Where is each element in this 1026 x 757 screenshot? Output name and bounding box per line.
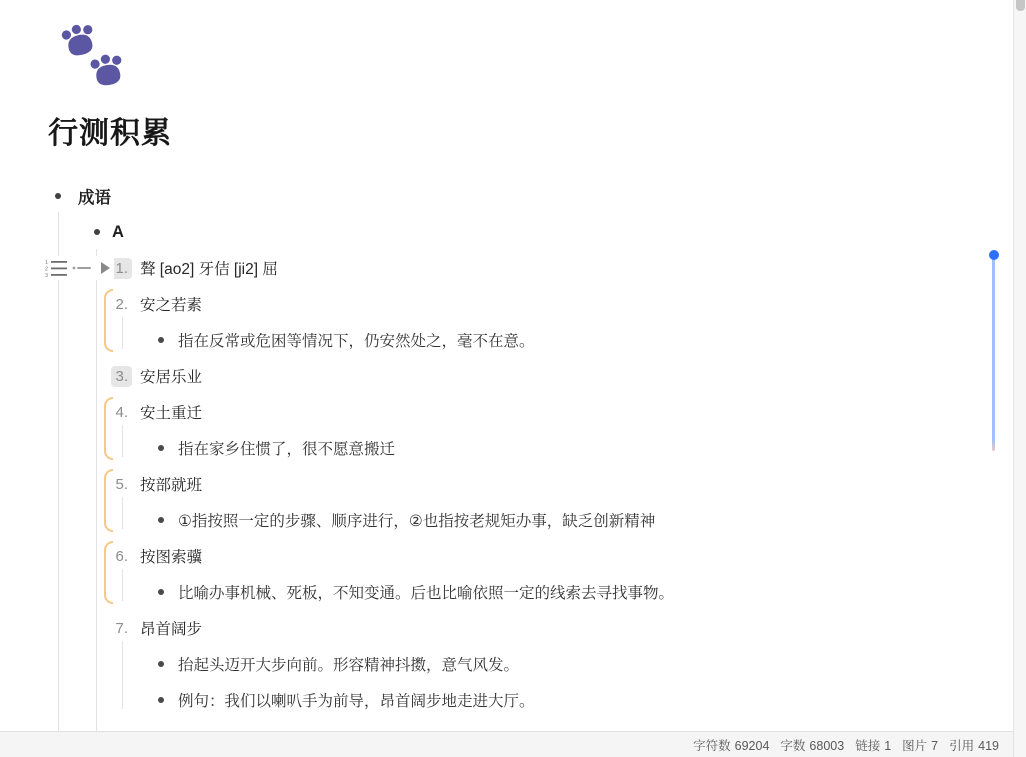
scrollbar-thumb[interactable] [1016, 0, 1025, 11]
item-number: 5. [84, 474, 132, 495]
bullet-icon [55, 193, 61, 199]
collapse-arrow-icon[interactable] [96, 256, 114, 280]
numbered-item-row: 7.昂首阔步 [0, 610, 1013, 646]
stat-value: 68003 [809, 739, 844, 753]
stat-value: 419 [978, 739, 999, 753]
numbered-item-row: 6.按图索骥 [0, 538, 1013, 574]
numbered-item-row: 5.按部就班 [0, 466, 1013, 502]
collab-cursor-line [992, 258, 995, 451]
outline-label[interactable]: A [0, 223, 124, 242]
stat-引用: 引用419 [949, 739, 999, 753]
child-text[interactable]: 例句：我们以喇叭手为前导，昂首阔步地走进大厅。 [0, 689, 535, 711]
outline: 成语 A 1.聱 [ao2] 牙佶 [ji2] 屈2.安之若素指在反常或危困等情… [0, 178, 1013, 718]
item-number: 4. [84, 402, 132, 423]
doc-icon[interactable] [48, 10, 128, 92]
list-item: 1.聱 [ao2] 牙佶 [ji2] 屈 [0, 250, 1013, 286]
list-item: 4.安土重迁指在家乡住惯了，很不愿意搬迁 [0, 394, 1013, 466]
child-bullet-row: ①指按照一定的步骤、顺序进行，②也指按老规矩办事，缺乏创新精神 [0, 502, 1013, 538]
list-item: 2.安之若素指在反常或危困等情况下，仍安然处之，毫不在意。 [0, 286, 1013, 358]
numbered-item-row: 4.安土重迁 [0, 394, 1013, 430]
child-bullet-row: 指在反常或危困等情况下，仍安然处之，毫不在意。 [0, 322, 1013, 358]
collab-cursor-dot [989, 250, 999, 260]
stat-label: 字符数 [693, 739, 731, 753]
child-text[interactable]: 指在家乡住惯了，很不愿意搬迁 [0, 437, 395, 459]
status-bar: 字符数69204字数68003链接1图片7引用419 [0, 731, 1013, 757]
ordered-list-icon[interactable]: 1 2 3 [42, 256, 70, 280]
drag-dash-icon[interactable] [70, 256, 94, 280]
numbered-list: 1.聱 [ao2] 牙佶 [ji2] 屈2.安之若素指在反常或危困等情况下，仍安… [0, 250, 1013, 718]
item-number-text: 4. [111, 402, 132, 423]
child-text[interactable]: 比喻办事机械、死板，不知变通。后也比喻依照一定的线索去寻找事物。 [0, 581, 674, 603]
item-number: 7. [84, 618, 132, 639]
bullet-icon [158, 697, 164, 703]
item-number-text: 5. [111, 474, 132, 495]
list-item: 5.按部就班①指按照一定的步骤、顺序进行，②也指按老规矩办事，缺乏创新精神 [0, 466, 1013, 538]
svg-text:3: 3 [45, 273, 48, 278]
block-hover-controls: 1 2 3 [42, 256, 114, 280]
outline-row-level1: 成语 [0, 178, 1013, 214]
item-number-text: 1. [111, 258, 132, 279]
stat-字数: 字数68003 [780, 739, 844, 753]
child-bullet-row: 比喻办事机械、死板，不知变通。后也比喻依照一定的线索去寻找事物。 [0, 574, 1013, 610]
child-bullet-row: 抬起头迈开大步向前。形容精神抖擞，意气风发。 [0, 646, 1013, 682]
stat-label: 图片 [902, 739, 927, 753]
list-item: 6.按图索骥比喻办事机械、死板，不知变通。后也比喻依照一定的线索去寻找事物。 [0, 538, 1013, 610]
bullet-icon [158, 661, 164, 667]
stat-label: 字数 [780, 739, 805, 753]
list-item: 7.昂首阔步抬起头迈开大步向前。形容精神抖擞，意气风发。例句：我们以喇叭手为前导… [0, 610, 1013, 718]
stat-label: 引用 [949, 739, 974, 753]
bullet-icon [158, 445, 164, 451]
item-number-text: 2. [111, 294, 132, 315]
stat-字符数: 字符数69204 [693, 739, 769, 753]
outline-row-level2: A [0, 214, 1013, 250]
list-item: 3.安居乐业 [0, 358, 1013, 394]
item-number-text: 7. [111, 618, 132, 639]
page-title[interactable]: 行测积累 [48, 108, 172, 152]
numbered-item-row: 3.安居乐业 [0, 358, 1013, 394]
numbered-item-row: 2.安之若素 [0, 286, 1013, 322]
item-number: 6. [84, 546, 132, 567]
stat-value: 1 [884, 739, 891, 753]
document-canvas: 行测积累 成语 A 1.聱 [ao2] 牙佶 [ji2] 屈2.安之若素指在反常… [0, 0, 1026, 757]
item-number: 3. [84, 366, 132, 387]
scrollbar-track[interactable] [1013, 0, 1026, 757]
bullet-icon [158, 589, 164, 595]
item-number-text: 3. [111, 366, 132, 387]
child-text[interactable]: 指在反常或危困等情况下，仍安然处之，毫不在意。 [0, 329, 535, 351]
svg-text:2: 2 [45, 267, 48, 273]
bullet-icon [158, 517, 164, 523]
item-number-text: 6. [111, 546, 132, 567]
paw-prints-icon [48, 10, 128, 92]
bullet-icon [158, 337, 164, 343]
stat-label: 链接 [855, 739, 880, 753]
stat-value: 7 [931, 739, 938, 753]
stat-链接: 链接1 [855, 739, 891, 753]
stat-value: 69204 [735, 739, 770, 753]
child-bullet-row: 指在家乡住惯了，很不愿意搬迁 [0, 430, 1013, 466]
child-bullet-row: 例句：我们以喇叭手为前导，昂首阔步地走进大厅。 [0, 682, 1013, 718]
doc-statistics: 字符数69204字数68003链接1图片7引用419 [682, 736, 999, 754]
item-number: 2. [84, 294, 132, 315]
numbered-item-row: 1.聱 [ao2] 牙佶 [ji2] 屈 [0, 250, 1013, 286]
bullet-icon [94, 229, 100, 235]
stat-图片: 图片7 [902, 739, 938, 753]
child-text[interactable]: 抬起头迈开大步向前。形容精神抖擞，意气风发。 [0, 653, 519, 675]
svg-text:1: 1 [45, 260, 48, 266]
child-text[interactable]: ①指按照一定的步骤、顺序进行，②也指按老规矩办事，缺乏创新精神 [0, 509, 655, 531]
